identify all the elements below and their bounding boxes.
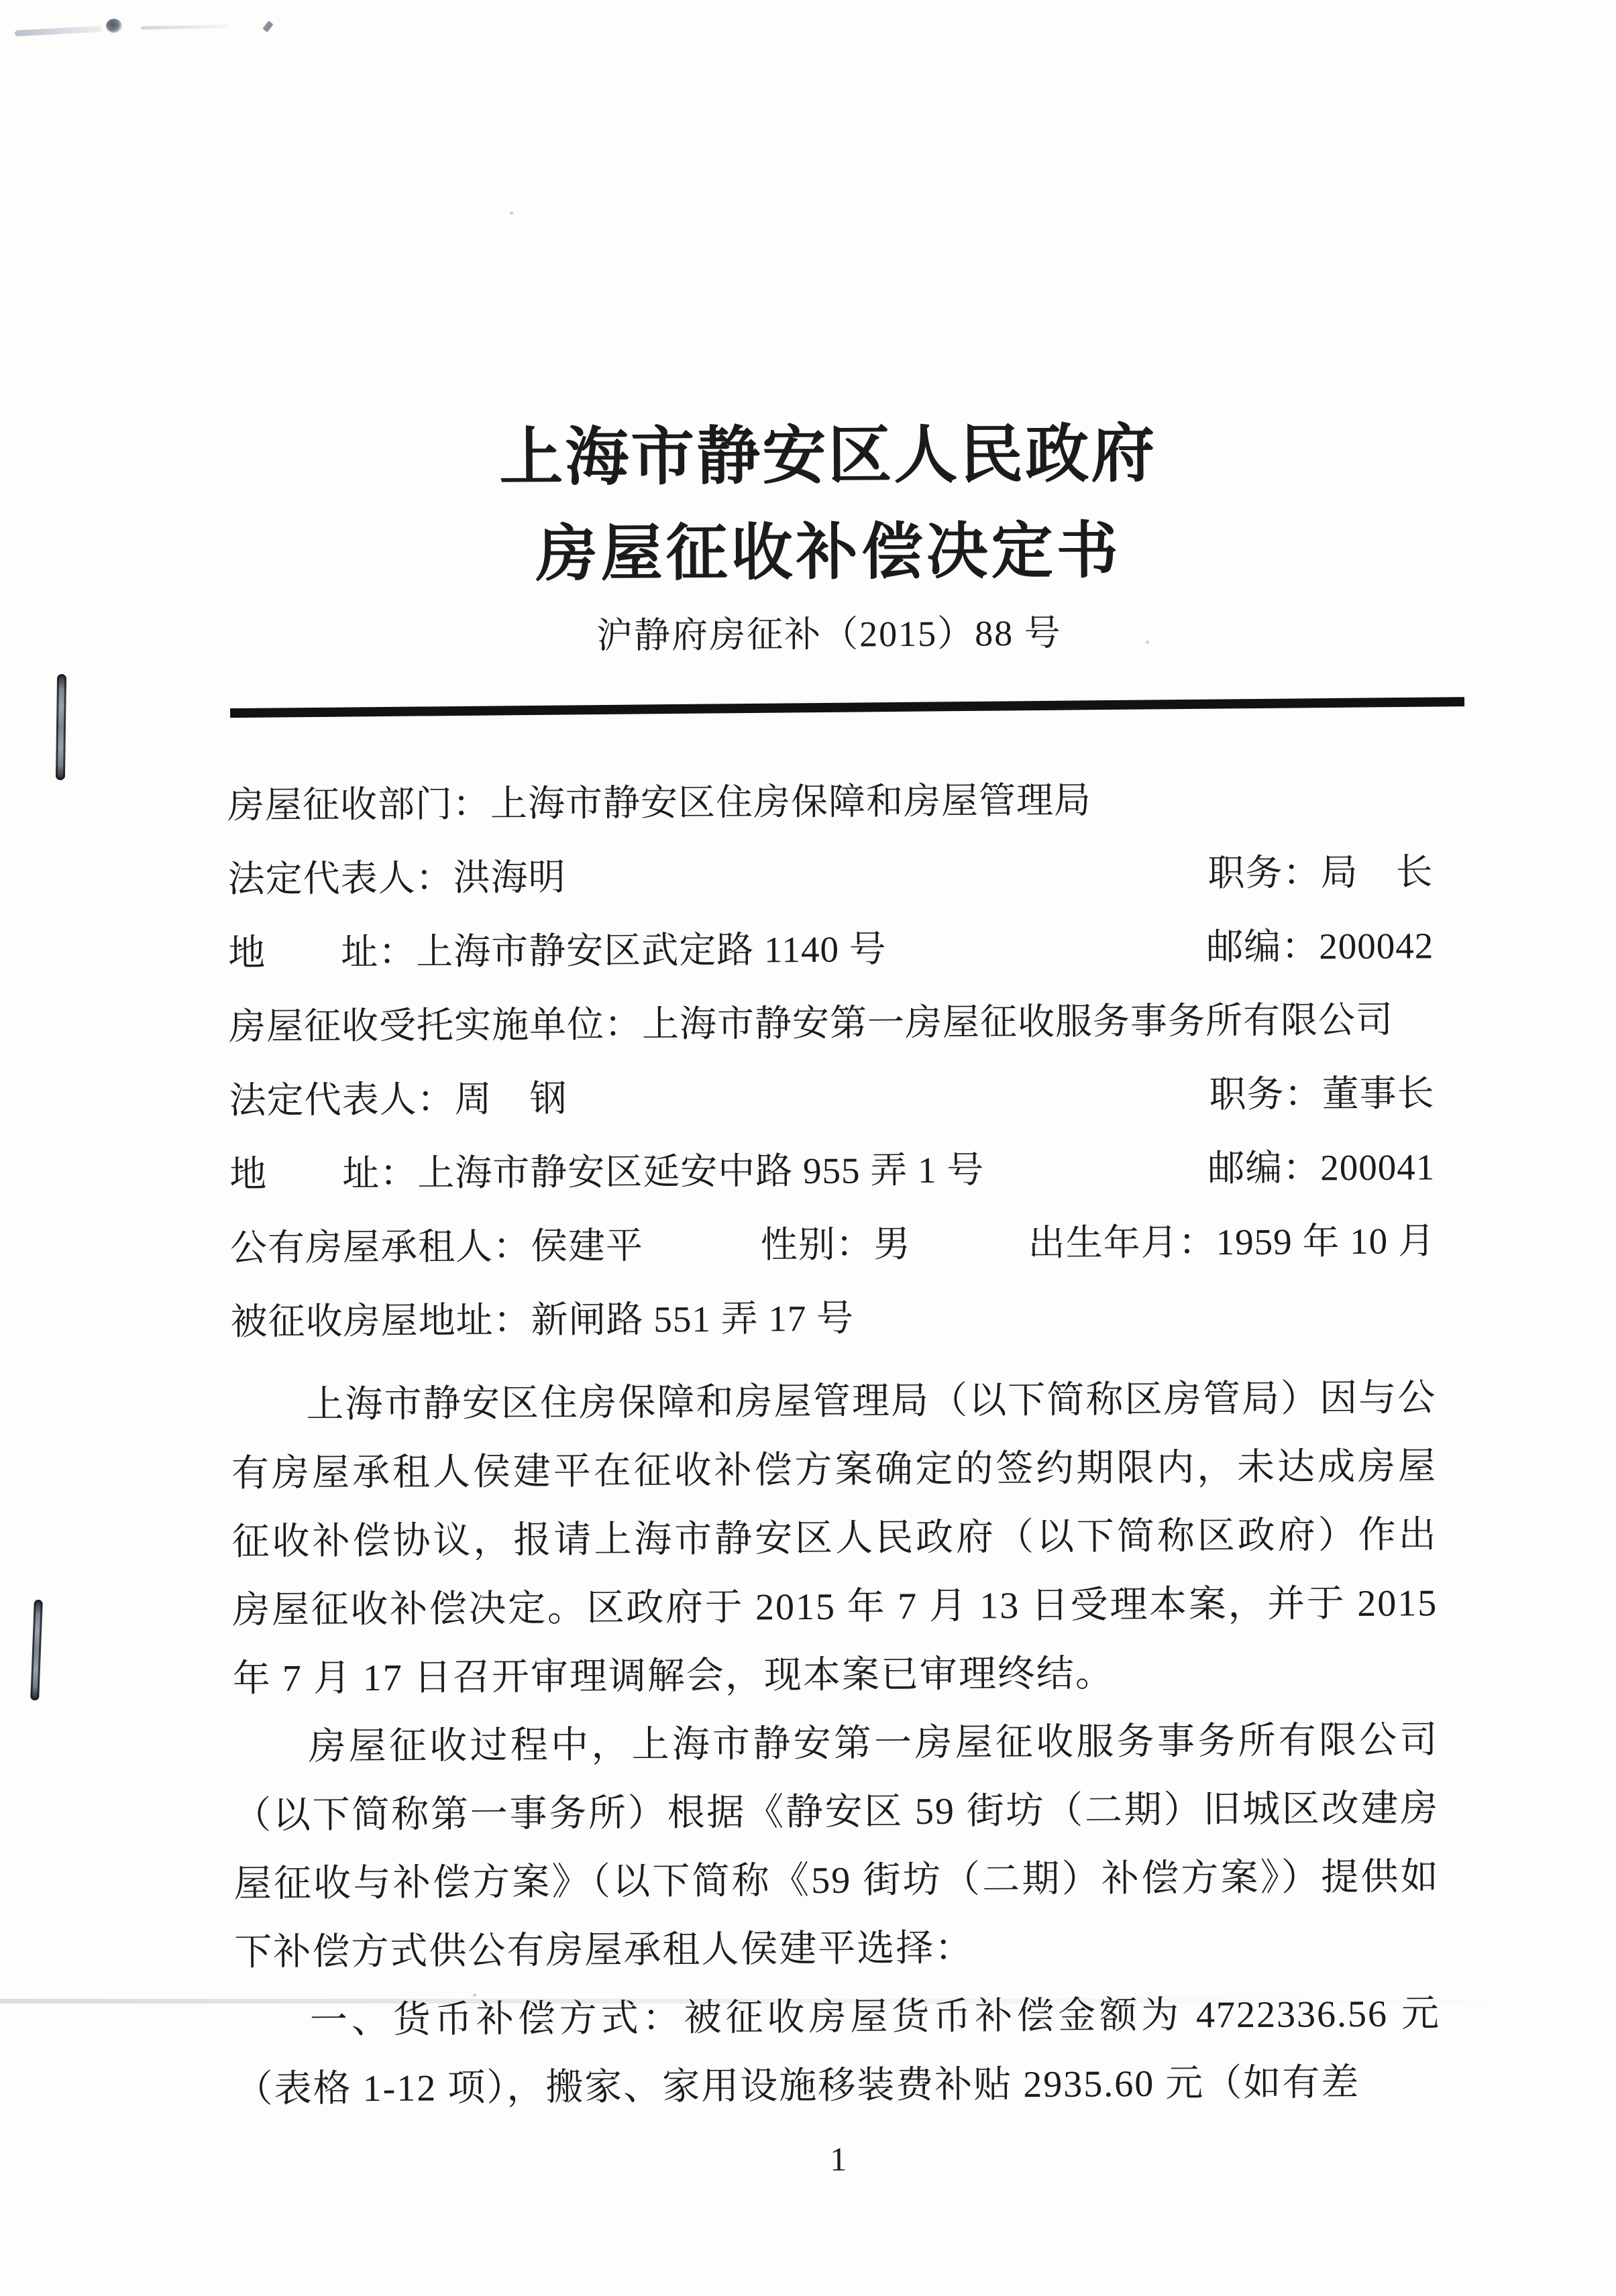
- field-value: 上海市静安区延安中路 955 弄 1 号: [417, 1149, 984, 1193]
- field-label: 出生年月：: [1028, 1221, 1216, 1264]
- field-value: 男: [873, 1223, 911, 1264]
- info-row-entrusted-unit: 房屋征收受托实施单位：上海市静安第一房屋征收服务事务所有限公司: [229, 979, 1435, 1060]
- field-label: 房屋征收受托实施单位：: [229, 994, 642, 1050]
- document-content: 上海市静安区人民政府 房屋征收补偿决定书 沪静府房征补（2015）88 号 房屋…: [0, 0, 1616, 2296]
- field-group-left: 法定代表人：洪海明: [227, 847, 566, 902]
- field-label: 地 址：: [229, 1152, 417, 1195]
- field-group-left: 法定代表人：周 钢: [229, 1069, 568, 1124]
- info-row-tenant: 公有房屋承租人：侯建平 性别：男 出生年月：1959 年 10 月: [230, 1200, 1436, 1281]
- header-divider-rule: [230, 697, 1464, 718]
- body-paragraph-2: 房屋征收过程中，上海市静安第一房屋征收服务事务所有限公司（以下简称第一事务所）根…: [233, 1706, 1440, 1987]
- field-label: 被征收房屋地址：: [230, 1290, 531, 1345]
- doc-title-line-2: 房屋征收补偿决定书: [225, 499, 1432, 595]
- page-number: 1: [830, 2140, 847, 2178]
- field-label: 房屋征收部门：: [227, 773, 490, 828]
- field-group-left: 公有房屋承租人：侯建平: [230, 1215, 644, 1271]
- field-label: 邮编：: [1206, 926, 1319, 967]
- info-row-expropriated-address: 被征收房屋地址：新闸路 551 弄 17 号: [230, 1274, 1436, 1355]
- doc-title-line-1: 上海市静安区人民政府: [225, 401, 1431, 500]
- field-value: 新闸路 551 弄 17 号: [531, 1288, 854, 1343]
- field-value: 董事长: [1322, 1073, 1434, 1114]
- field-value: 上海市静安区住房保障和房屋管理局: [490, 770, 1091, 826]
- field-label: 地 址：: [228, 931, 416, 973]
- field-group-right: 职务：局 长: [1207, 842, 1434, 896]
- field-label: 职务：: [1209, 1073, 1322, 1115]
- info-row-legal-rep-1: 法定代表人：洪海明 职务：局 长: [227, 831, 1434, 912]
- field-label: 职务：: [1207, 852, 1320, 893]
- field-value: 洪海明: [453, 857, 565, 898]
- field-group-right: 邮编：200042: [1206, 916, 1434, 970]
- field-group-left: 地 址：上海市静安区延安中路 955 弄 1 号: [229, 1140, 984, 1197]
- field-label: 法定代表人：: [229, 1079, 454, 1121]
- info-row-address-1: 地 址：上海市静安区武定路 1140 号 邮编：200042: [228, 905, 1434, 986]
- field-group-right: 邮编：200041: [1207, 1137, 1435, 1191]
- info-row-address-2: 地 址：上海市静安区延安中路 955 弄 1 号 邮编：200041: [229, 1126, 1436, 1207]
- field-value: 上海市静安区武定路 1140 号: [416, 928, 887, 972]
- info-row-legal-rep-2: 法定代表人：周 钢 职务：董事长: [229, 1052, 1435, 1134]
- field-value: 200042: [1319, 925, 1434, 967]
- field-value: 局 长: [1320, 851, 1433, 893]
- field-group-right: 出生年月：1959 年 10 月: [1028, 1211, 1436, 1266]
- doc-number: 沪静府房征补（2015）88 号: [226, 602, 1432, 661]
- field-value: 200041: [1320, 1146, 1435, 1188]
- field-value: 上海市静安第一房屋征收服务事务所有限公司: [642, 989, 1393, 1047]
- body-paragraph-3: 一、货币补偿方式：被征收房屋货币补偿金额为 4722336.56 元（表格 1-…: [235, 1979, 1441, 2124]
- field-group-left: 地 址：上海市静安区武定路 1140 号: [228, 919, 887, 976]
- field-label: 法定代表人：: [227, 857, 453, 899]
- field-group-right: 职务：董事长: [1209, 1063, 1435, 1117]
- field-group-middle: 性别：男: [761, 1214, 912, 1268]
- page-footer: 1: [235, 2136, 1441, 2182]
- body-paragraph-1: 上海市静安区住房保障和房屋管理局（以下简称区房管局）因与公有房屋承租人侯建平在征…: [231, 1364, 1438, 1713]
- parties-info-section: 房屋征收部门：上海市静安区住房保障和房屋管理局 法定代表人：洪海明 职务：局 长…: [227, 757, 1436, 1355]
- field-label: 性别：: [761, 1223, 873, 1265]
- field-label: 邮编：: [1207, 1147, 1320, 1189]
- info-row-expropriation-department: 房屋征收部门：上海市静安区住房保障和房屋管理局: [227, 757, 1434, 838]
- field-value: 周 钢: [454, 1078, 567, 1119]
- field-value: 侯建平: [531, 1225, 643, 1266]
- field-value: 1959 年 10 月: [1216, 1220, 1436, 1262]
- document-page: 上海市静安区人民政府 房屋征收补偿决定书 沪静府房征补（2015）88 号 房屋…: [0, 0, 1616, 2296]
- body-text-section: 上海市静安区住房保障和房屋管理局（以下简称区房管局）因与公有房屋承租人侯建平在征…: [231, 1364, 1441, 2124]
- field-label: 公有房屋承租人：: [230, 1225, 531, 1268]
